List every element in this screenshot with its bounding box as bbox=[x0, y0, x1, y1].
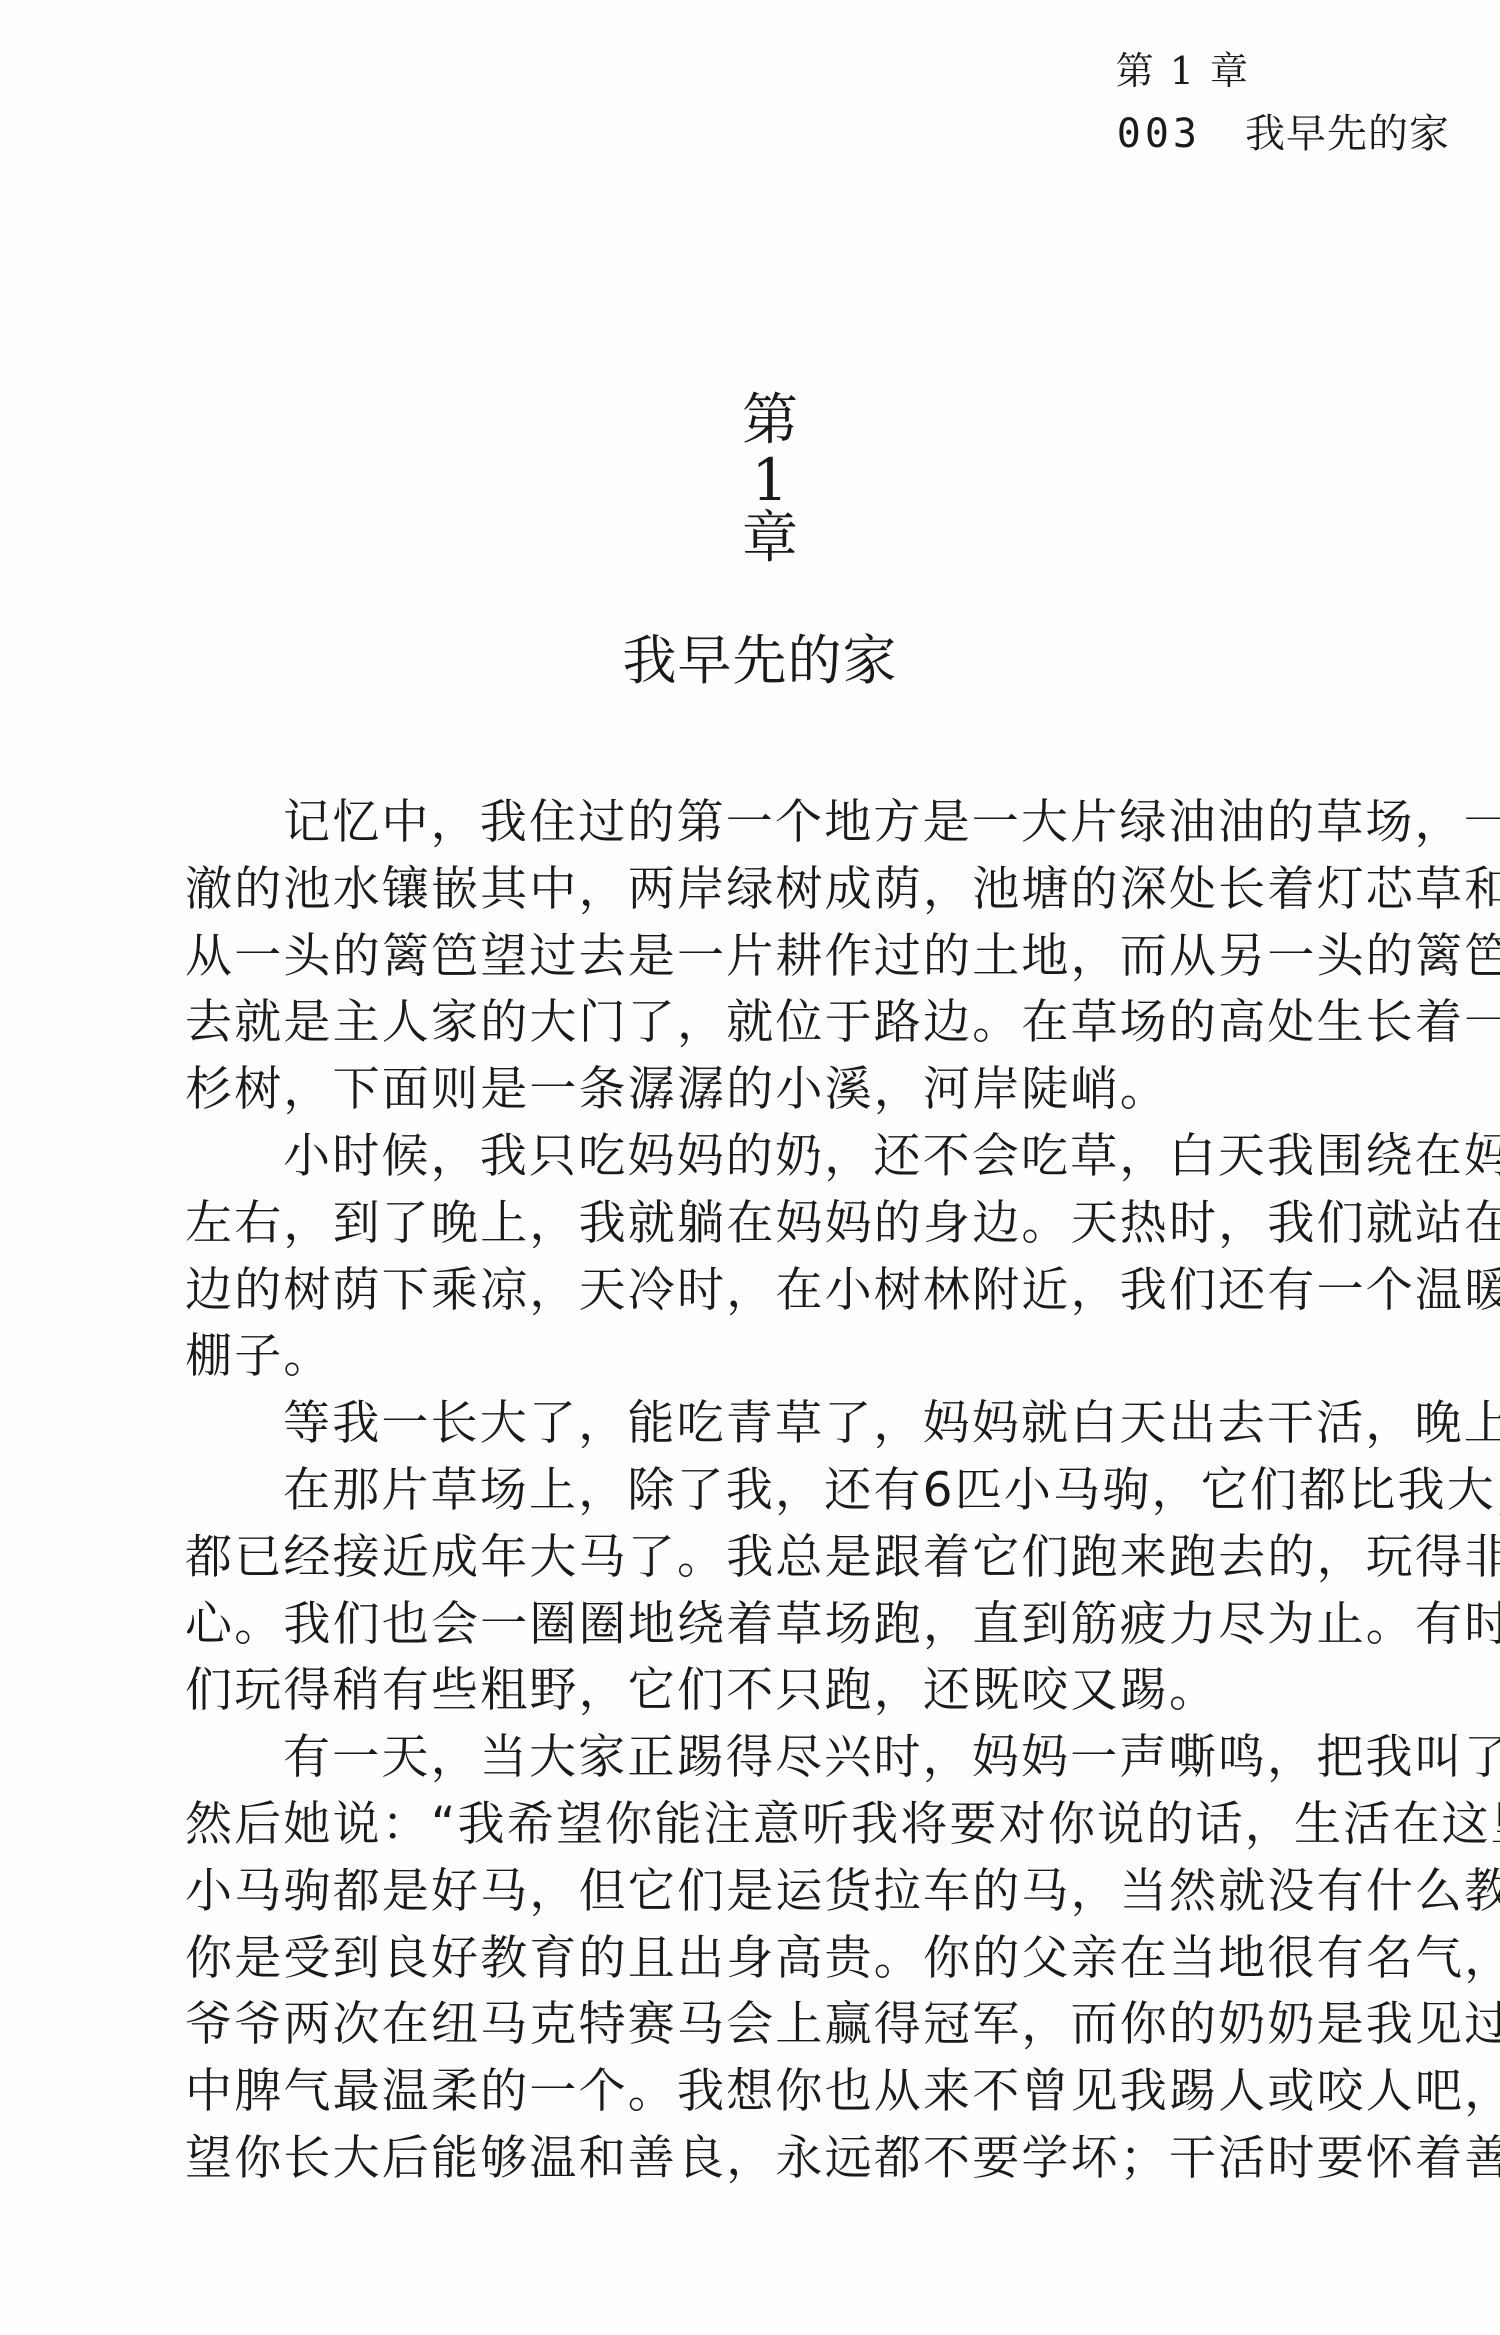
chapter-title: 我早先的家 bbox=[0, 618, 1500, 695]
text-line: 在那片草场上，除了我，还有6匹小马驹，它们都比我大，有些 bbox=[185, 1458, 1380, 1525]
text-line: 爷爷两次在纽马克特赛马会上赢得冠军，而你的奶奶是我见过的马 bbox=[185, 1992, 1380, 2059]
text-line: 小时候，我只吃妈妈的奶，还不会吃草，白天我围绕在妈妈的 bbox=[185, 1124, 1380, 1191]
running-header-page-line: 003我早先的家 bbox=[1117, 102, 1450, 159]
text-line: 杉树，下面则是一条潺潺的小溪，河岸陡峭。 bbox=[185, 1057, 1380, 1124]
text-line: 望你长大后能够温和善良，永远都不要学坏；干活时要怀着善意， bbox=[185, 2126, 1380, 2193]
body-text: 记忆中，我住过的第一个地方是一大片绿油油的草场，一汪清 澈的池水镶嵌其中，两岸绿… bbox=[185, 790, 1380, 2193]
text-line: 们玩得稍有些粗野，它们不只跑，还既咬又踢。 bbox=[185, 1658, 1380, 1725]
text-line: 都已经接近成年大马了。我总是跟着它们跑来跑去的，玩得非常开 bbox=[185, 1525, 1380, 1592]
chapter-prefix: 第 bbox=[720, 390, 820, 452]
text-line: 心。我们也会一圈圈地绕着草场跑，直到筋疲力尽为止。有时，我 bbox=[185, 1592, 1380, 1659]
text-line: 去就是主人家的大门了，就位于路边。在草场的高处生长着一片冷 bbox=[185, 990, 1380, 1057]
chapter-suffix: 章 bbox=[720, 508, 820, 570]
text-line: 澈的池水镶嵌其中，两岸绿树成荫，池塘的深处长着灯芯草和睡莲。 bbox=[185, 857, 1380, 924]
text-line: 小马驹都是好马，但它们是运货拉车的马，当然就没有什么教养。 bbox=[185, 1859, 1380, 1926]
text-line: 然后她说：“我希望你能注意听我将要对你说的话，生活在这里的 bbox=[185, 1792, 1380, 1859]
text-line: 左右，到了晚上，我就躺在妈妈的身边。天热时，我们就站在池塘 bbox=[185, 1191, 1380, 1258]
running-header-chapter: 第 1 章 bbox=[1116, 40, 1250, 95]
text-line: 从一头的篱笆望过去是一片耕作过的土地，而从另一头的篱笆望过 bbox=[185, 924, 1380, 991]
running-header-title: 我早先的家 bbox=[1245, 111, 1450, 157]
text-line: 有一天，当大家正踢得尽兴时，妈妈一声嘶鸣，把我叫了过去。 bbox=[185, 1725, 1380, 1792]
page-number: 003 bbox=[1117, 111, 1201, 157]
text-line: 你是受到良好教育的且出身高贵。你的父亲在当地很有名气，你的 bbox=[185, 1926, 1380, 1993]
text-line: 棚子。 bbox=[185, 1324, 1380, 1391]
text-line: 中脾气最温柔的一个。我想你也从来不曾见我踢人或咬人吧，我希 bbox=[185, 2059, 1380, 2126]
text-line: 边的树荫下乘凉，天冷时，在小树林附近，我们还有一个温暖的小 bbox=[185, 1258, 1380, 1325]
chapter-number: 1 bbox=[720, 452, 820, 508]
text-line: 记忆中，我住过的第一个地方是一大片绿油油的草场，一汪清 bbox=[185, 790, 1380, 857]
text-line: 等我一长大了，能吃青草了，妈妈就白天出去干活，晚上回来。 bbox=[185, 1391, 1380, 1458]
chapter-number-heading: 第 1 章 bbox=[720, 390, 820, 570]
book-page: 第 1 章 003我早先的家 第 1 章 我早先的家 记忆中，我住过的第一个地方… bbox=[0, 0, 1500, 2335]
